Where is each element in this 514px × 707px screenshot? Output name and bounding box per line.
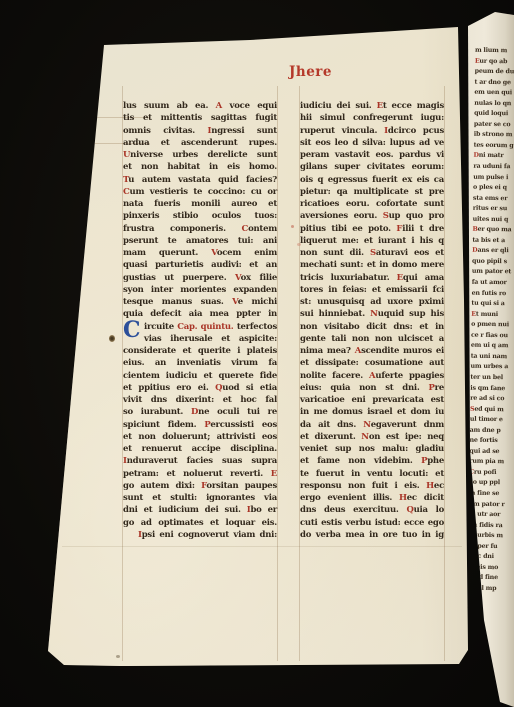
text-line: te fuerut in ventu locuti: et — [300, 468, 444, 480]
rubricated-letter: D — [472, 247, 477, 254]
text-line: considerate et querite i plateis — [123, 345, 277, 357]
edge-text-line: quo pipil s — [472, 257, 514, 268]
text-line: Cum vestieris te coccino: cu or — [123, 186, 277, 198]
rubricated-letter: E — [471, 310, 476, 317]
text-line: dns deus exercituu. Quia lo — [300, 504, 444, 516]
text-line: dni et iudicium dei sui. Ibo er — [123, 504, 277, 516]
edge-text-line: am dne p — [470, 425, 513, 436]
edge-text-line: en futis ro — [472, 288, 514, 299]
text-line: sit eos leo d silva: lupus ad ve — [300, 137, 444, 149]
edge-text-line: ul timor e — [470, 415, 513, 426]
text-line: ergo evenient illis. Hec dicit — [300, 492, 444, 504]
text-line: non visitabo dicit dns: et in — [300, 321, 444, 333]
edge-text-line: quid loqui — [474, 109, 514, 120]
rubricated-letter: T — [123, 175, 128, 185]
rubricated-letter: I — [208, 126, 212, 136]
rubricated-letter: E — [475, 57, 480, 64]
rubricated-letter: A — [216, 101, 222, 111]
edge-text-line: m lium m — [475, 46, 514, 57]
rubricated-letter: U — [123, 150, 130, 160]
text-line: vias iherusale et aspicite: — [123, 333, 277, 345]
edge-text-line: pater se co — [474, 120, 514, 131]
edge-text-line: eo up ppl — [469, 478, 512, 489]
text-line: tores in feias: et emissarii fci — [300, 284, 444, 296]
edge-text-line: um pator r — [469, 499, 512, 510]
edge-text-line: qui ad se — [469, 446, 512, 457]
rubricated-letter: V — [232, 297, 238, 307]
rubricated-letter: Q — [406, 505, 413, 515]
rubricated-letter: E — [377, 101, 383, 111]
rubricated-letter: I — [384, 126, 388, 136]
rubricated-letter: A — [355, 346, 361, 356]
text-line: petram: et noluerut reverti. E — [123, 468, 277, 480]
edge-text-line: ri ad fine — [468, 573, 511, 584]
text-line: lus suum ab ea. A voce equi — [123, 100, 277, 112]
edge-text-line: tu qui si a — [471, 299, 514, 310]
rubricated-letter: N — [363, 420, 371, 430]
edge-text-line: ter un bel — [470, 373, 513, 384]
edge-text-line: Hec dni — [468, 552, 511, 563]
text-line: pinxeris stibio oculos tuos: — [123, 210, 277, 222]
text-line: ardua et ascenderunt rupes. — [123, 137, 277, 149]
rubricated-letter: H — [399, 493, 407, 503]
text-line: eius: quia non st dni. Pre — [300, 382, 444, 394]
text-line: st: unusquisq ad uxore pximi — [300, 296, 444, 308]
edge-text-line: Dni matr — [473, 151, 514, 162]
edge-text-line: os per fu — [468, 541, 511, 552]
manuscript-page: Jhere lus suum ab ea. A voce equitis et … — [0, 0, 514, 707]
edge-text-line: o pmen nui — [471, 320, 514, 331]
text-line: gente tali non non ulciscet a — [300, 333, 444, 345]
edge-text-line: fa fine se — [469, 489, 512, 500]
text-line: et non habitat in eis homo. — [123, 161, 277, 173]
text-line: responsu non fuit i eis. Hec — [300, 480, 444, 492]
edge-text-line: Et muni — [471, 309, 514, 320]
rubricated-letter: C — [242, 224, 249, 234]
rubricated-letter: Cap. quintu. — [177, 322, 233, 332]
text-line: gustias ut puerpere. Vox filie — [123, 272, 277, 284]
edge-text-line: em uen qui — [474, 88, 514, 99]
edge-text-line: t ar dno ge — [474, 77, 514, 88]
edge-text-line: ta bis et a — [472, 236, 514, 247]
rubricated-letter: B — [472, 226, 477, 233]
edge-text-line: sta ems er — [473, 193, 514, 204]
rubricated-letter: A — [369, 371, 375, 381]
text-line: ruperut vincula. Idcirco pcus — [300, 125, 444, 137]
text-line: pitius tibi ee poto. Filii t dre — [300, 223, 444, 235]
edge-text-line: um pulse i — [473, 172, 514, 183]
rubricated-letter: S — [370, 248, 376, 258]
text-line: go autem dixi: Forsitan paupes — [123, 480, 277, 492]
rubricated-letter: C — [123, 187, 130, 197]
text-line: mam querunt. Vocem enim — [123, 247, 277, 259]
edge-text-line: re ad si co — [470, 394, 513, 405]
text-line: da ait dns. Negaverunt dnm — [300, 419, 444, 431]
edge-text-line: Cru pofi — [469, 468, 512, 479]
rubricated-letter: H — [468, 553, 474, 560]
text-line: peram vastavit eos. pardus vi — [300, 149, 444, 161]
text-line: frustra componeris. Contem — [123, 223, 277, 235]
text-line: cuti estis verbu istud: ecce ego — [300, 517, 444, 529]
text-line: cientem iudiciu et querete fide — [123, 370, 277, 382]
text-line: omnis civitas. Ingressi sunt — [123, 125, 277, 137]
text-line: tricis luxuriabatur. Equi ama — [300, 272, 444, 284]
text-line: aversiones eoru. Sup quo pro — [300, 210, 444, 222]
rubricated-letter: V — [211, 248, 217, 258]
text-line: in me domus israel et dom iu — [300, 406, 444, 418]
text-line: liquerut me: et iurant i his q — [300, 235, 444, 247]
text-line: go ad optimates et loquar eis. — [123, 517, 277, 529]
edge-text-line: ritus er su — [473, 204, 514, 215]
edge-text-line: ta uni nam — [471, 352, 514, 363]
ruling-line-vertical — [277, 86, 278, 661]
text-line: et dixerunt. Non est ipe: neq — [300, 431, 444, 443]
parchment-crease — [62, 546, 462, 547]
edge-text-line: Sed qui m — [470, 404, 513, 415]
text-line: Tu autem vastata quid facies? — [123, 174, 277, 186]
photo-backdrop: Jhere lus suum ab ea. A voce equitis et … — [0, 0, 514, 707]
next-page-text: m lium mEur qo abpeum de dupt ar dno gee… — [467, 46, 514, 627]
rubricated-letter: S — [470, 405, 474, 412]
text-line: hii simul confregerunt iugu: — [300, 112, 444, 124]
rubricated-letter: F — [396, 224, 402, 234]
stain — [291, 225, 294, 228]
rubricated-letter: P — [421, 456, 427, 466]
edge-text-line: uites nui q — [473, 214, 514, 225]
text-line: et fame non videbim. Pphe — [300, 455, 444, 467]
text-line: varicatioe eni prevaricata est — [300, 394, 444, 406]
text-line: so iurabunt. Dne oculi tui re — [123, 406, 277, 418]
text-line: Induraverut facies suas supra — [123, 455, 277, 467]
edge-text-line: peum de dup — [475, 67, 514, 78]
text-line: quasi parturietis audivi: et an — [123, 259, 277, 271]
rubricated-letter: N — [370, 309, 378, 319]
rubricated-letter: C — [469, 469, 474, 476]
edge-text-line: Eur qo ab — [475, 56, 514, 67]
running-title: Jhere — [289, 64, 332, 80]
text-line: pietur: qa multiplicate st pre — [300, 186, 444, 198]
edge-text-line: um urbes a — [470, 362, 513, 373]
rubricated-letter: P — [428, 383, 434, 393]
text-line: Circuite Cap. quintu. terfectos — [123, 321, 277, 333]
text-line: veniet sup nos malu: gladiu — [300, 443, 444, 455]
rubricated-letter: E — [397, 273, 403, 283]
rubricated-letter: I — [123, 456, 127, 466]
edge-text-line: er urbis m — [468, 531, 511, 542]
text-line: do verba mea in ore tuo in ig — [300, 529, 444, 541]
rubricated-letter: N — [361, 432, 369, 442]
edge-text-line: ta utr aor — [468, 510, 511, 521]
rubricated-letter: P — [204, 420, 210, 430]
edge-text-line: Ber quo ma — [472, 225, 514, 236]
text-line: sunt et stulti: ignorantes via — [123, 492, 277, 504]
text-line: mechati sunt: et in domo mere — [300, 259, 444, 271]
text-line: nolite facere. Auferte ppagies — [300, 370, 444, 382]
edge-text-line: tes eorum g — [474, 141, 514, 152]
text-line: sui hinniebat. Nuquid sup his — [300, 308, 444, 320]
text-column-left: lus suum ab ea. A voce equitis et mitten… — [123, 100, 277, 541]
ruling-line-vertical — [444, 86, 445, 661]
text-line: non sunt dii. Saturavi eos et — [300, 247, 444, 259]
text-line: et non doluerunt; attrivisti eos — [123, 431, 277, 443]
text-line: spiciunt fidem. Percussisti eos — [123, 419, 277, 431]
text-line: syon inter morientes expanden — [123, 284, 277, 296]
text-line: iudiciu dei sui. Et ecce magis — [300, 100, 444, 112]
text-line: et ppitius ero ei. Quod si etia — [123, 382, 277, 394]
text-line: nata fueris monili aureo et — [123, 198, 277, 210]
edge-text-line: fa ut amor — [472, 278, 514, 289]
text-line: et renuerut accipe disciplina. — [123, 443, 277, 455]
edge-text-line: un fidis ra — [468, 520, 511, 531]
text-line: tesque manus suas. Ve michi — [123, 296, 277, 308]
text-line: quia defecit aia mea ppter in — [123, 308, 277, 320]
edge-text-line: Dans er qli — [472, 246, 514, 257]
text-line: Ipsi eni cognoverut viam dni: — [123, 529, 277, 541]
text-line: ois q egressus fuerit ex eis ca — [300, 174, 444, 186]
text-column-right: iudiciu dei sui. Et ecce magishii simul … — [300, 100, 444, 541]
edge-text-line: ra uduni fa — [473, 162, 514, 173]
ink-spot — [109, 335, 115, 342]
rubricated-letter: E — [271, 469, 277, 479]
text-line: vivit dns dixerint: et hoc fal — [123, 394, 277, 406]
rubricated-letter: S — [383, 211, 389, 221]
rubricated-letter: Q — [215, 383, 222, 393]
edge-text-line: ne fortis — [469, 436, 512, 447]
rubricated-letter: D — [473, 152, 478, 159]
text-line: eius. an inveniatis virum fa — [123, 357, 277, 369]
edge-text-line: o ples ei q — [473, 183, 514, 194]
text-line: gilans super civitates eorum: — [300, 161, 444, 173]
text-line: pserunt te amatores tui: ani — [123, 235, 277, 247]
rubricated-letter: H — [426, 481, 434, 491]
edge-text-line: nulas lo qn — [474, 98, 514, 109]
text-line: Universe urbes derelicte sunt — [123, 149, 277, 161]
edge-text-line: co ul mp — [467, 584, 510, 595]
text-line: nima mea? Ascendite muros ei — [300, 345, 444, 357]
edge-text-line: rum pia m — [469, 457, 512, 468]
edge-text-line: ib strono m — [474, 130, 514, 141]
rubricated-letter: F — [201, 481, 206, 491]
rubricated-letter: I — [138, 530, 142, 540]
text-line: tis et mittentis sagittas fugit — [123, 112, 277, 124]
edge-text-line: ta eis mo — [468, 562, 511, 573]
rubricated-letter: V — [235, 273, 241, 283]
rubricated-letter: D — [191, 407, 198, 417]
stain — [116, 655, 120, 658]
edge-text-line: em ui q am — [471, 341, 514, 352]
edge-text-line: um pator et — [472, 267, 514, 278]
rubricated-letter: I — [247, 505, 251, 515]
text-line: ricatioes eoru. cofortate sunt — [300, 198, 444, 210]
edge-text-line: ce r fias ou — [471, 330, 514, 341]
edge-text-line: is qm fane — [470, 383, 513, 394]
text-line: et dissipate: cosumatione aut — [300, 357, 444, 369]
